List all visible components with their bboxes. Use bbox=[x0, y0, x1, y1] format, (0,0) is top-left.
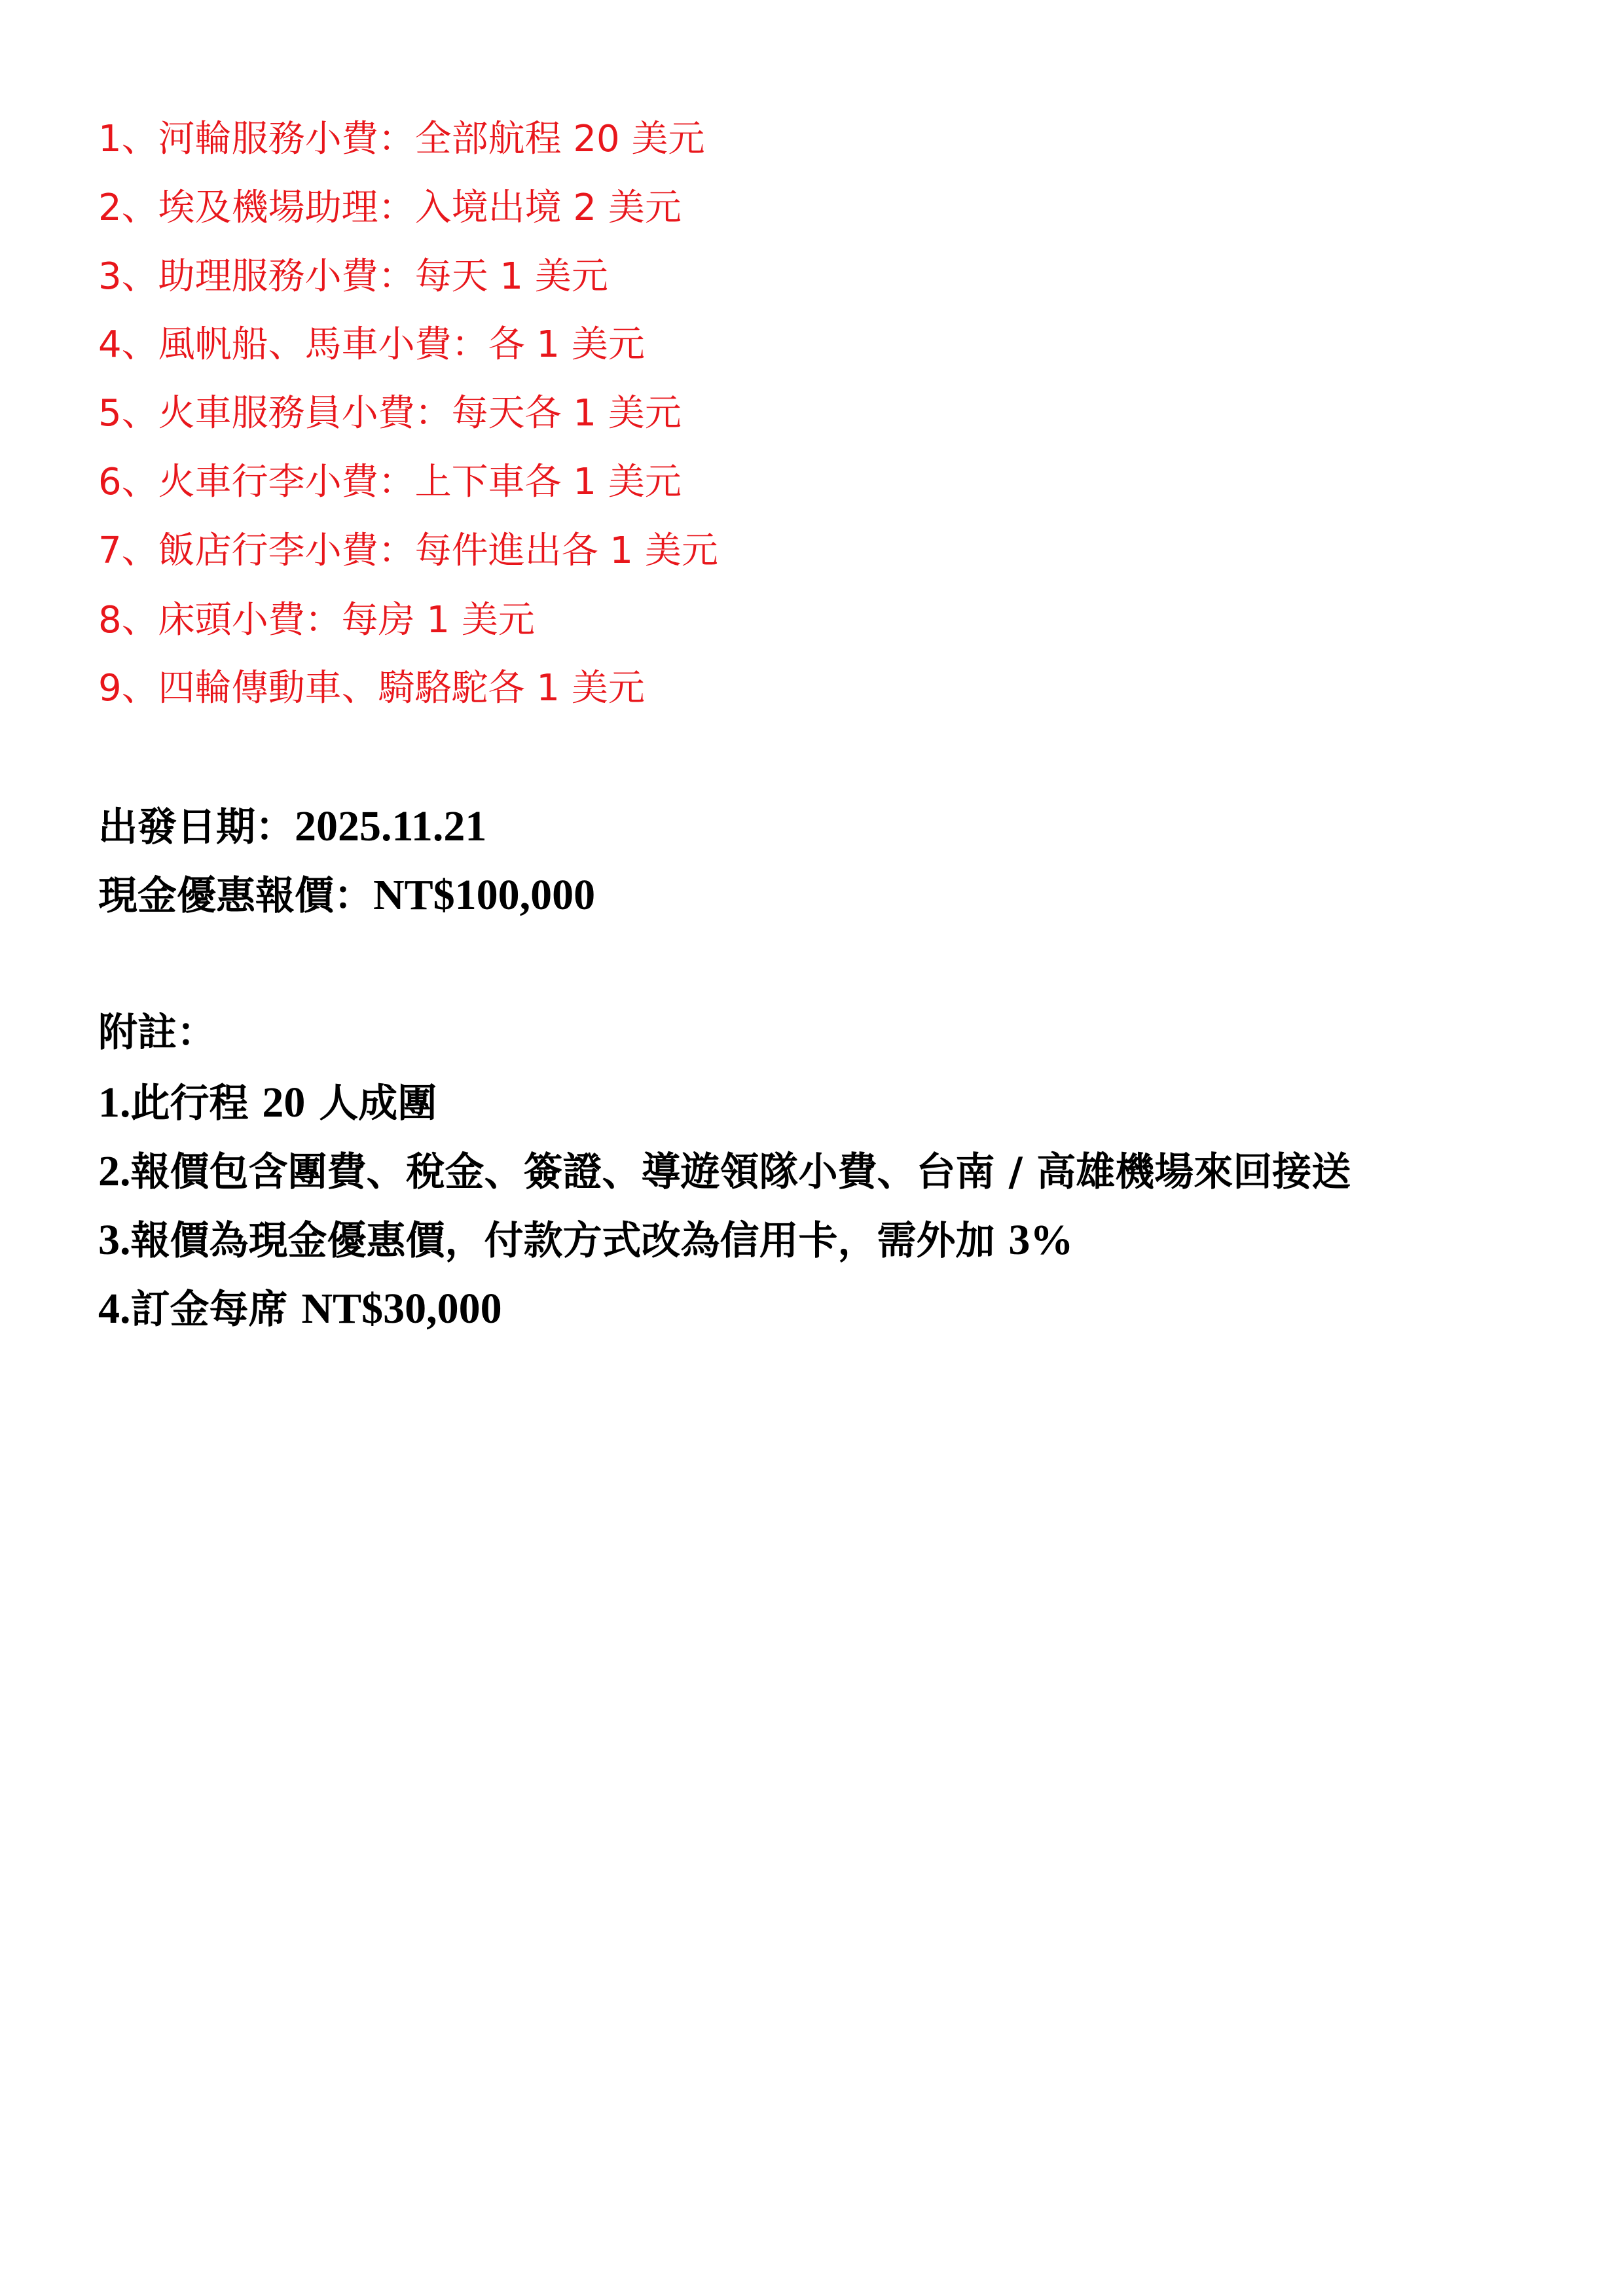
departure-label: 出發日期： bbox=[98, 804, 295, 850]
note-number: 2. bbox=[98, 1147, 131, 1195]
tip-item: 6、火車行李小費：上下車各 1 美元 bbox=[98, 464, 682, 501]
note-item: 2.報價包含團費、稅金、簽證、導遊領隊小費、台南 / 高雄機場來回接送 bbox=[98, 1150, 1351, 1193]
note-text: 訂金每席 bbox=[131, 1287, 302, 1333]
note-item: 3.報價為現金優惠價，付款方式改為信用卡，需外加 3% bbox=[98, 1219, 1073, 1262]
note-value: NT$30,000 bbox=[301, 1285, 501, 1333]
cash-price: 現金優惠報價：NT$100,000 bbox=[98, 874, 595, 917]
tip-item: 5、火車服務員小費：每天各 1 美元 bbox=[98, 395, 682, 432]
note-text: 此行程 bbox=[131, 1081, 263, 1126]
departure-date: 出發日期：2025.11.21 bbox=[98, 805, 486, 848]
note-value: 20 bbox=[262, 1079, 305, 1126]
note-text: 報價為現金優惠價，付款方式改為信用卡，需外加 bbox=[131, 1218, 1009, 1264]
tip-item: 9、四輪傳動車、騎駱駝各 1 美元 bbox=[98, 670, 645, 707]
price-value: NT$100,000 bbox=[373, 871, 595, 919]
note-item: 1.此行程 20 人成團 bbox=[98, 1081, 437, 1124]
note-suffix: 人成團 bbox=[305, 1081, 437, 1126]
notes-heading: 附註： bbox=[98, 1013, 216, 1052]
document-page: 1、河輪服務小費：全部航程 20 美元 2、埃及機場助理：入境出境 2 美元 3… bbox=[0, 0, 1623, 2296]
note-item: 4.訂金每席 NT$30,000 bbox=[98, 1287, 502, 1331]
departure-value: 2025.11.21 bbox=[295, 802, 486, 850]
note-number: 4. bbox=[98, 1285, 131, 1333]
tip-item: 2、埃及機場助理：入境出境 2 美元 bbox=[98, 190, 682, 226]
tip-item: 7、飯店行李小費：每件進出各 1 美元 bbox=[98, 533, 718, 569]
note-value: 3% bbox=[1008, 1216, 1073, 1264]
tip-item: 3、助理服務小費：每天 1 美元 bbox=[98, 259, 608, 295]
tip-item: 8、床頭小費：每房 1 美元 bbox=[98, 602, 535, 639]
note-number: 3. bbox=[98, 1216, 131, 1264]
tip-item: 1、河輪服務小費：全部航程 20 美元 bbox=[98, 121, 705, 158]
note-number: 1. bbox=[98, 1079, 131, 1126]
tip-item: 4、風帆船、馬車小費：各 1 美元 bbox=[98, 327, 645, 363]
price-label: 現金優惠報價： bbox=[98, 873, 373, 919]
note-text: 報價包含團費、稅金、簽證、導遊領隊小費、台南 / 高雄機場來回接送 bbox=[131, 1149, 1351, 1195]
